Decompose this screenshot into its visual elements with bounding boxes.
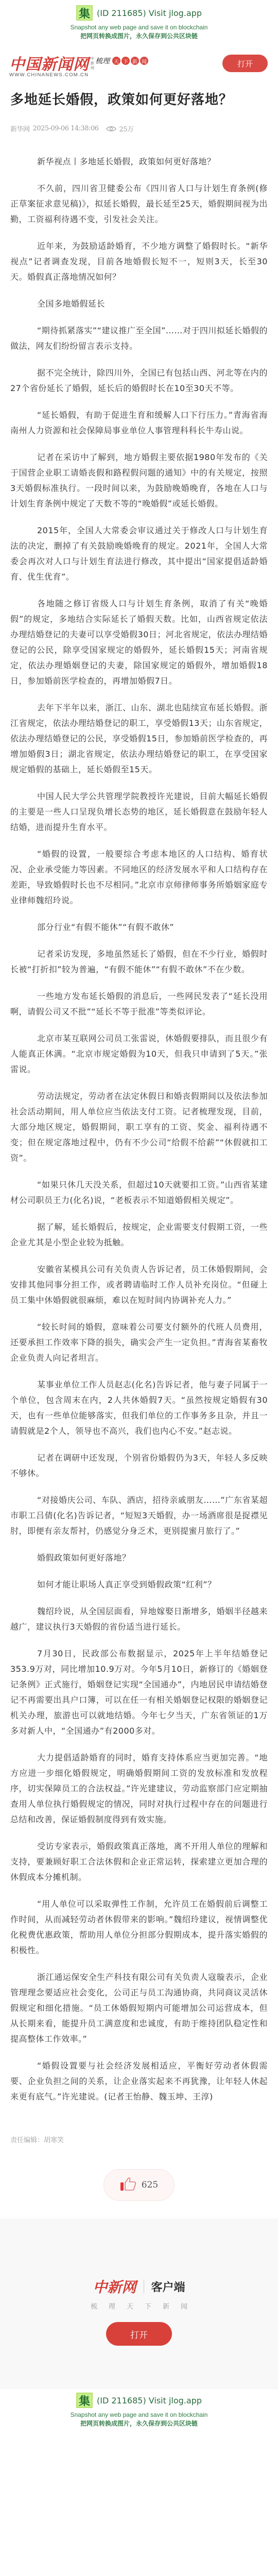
paragraph: 据了解，延长婚假后，按规定，企业需要支付假期工资，一些企业尤其是小型企业较为抵触… xyxy=(10,1219,268,1250)
paragraph: 劳动法规定，劳动者在法定休假日和婚丧假期间以及依法参加社会活动期间，用人单位应当… xyxy=(10,1089,268,1166)
article-body: 新华视点丨多地延长婚假，政策如何更好落地？ 不久前，四川省卫健委公布《四川省人口… xyxy=(0,133,278,2105)
paragraph: 大力提倡适龄婚育的同时，婚育支持体系应当更加完善。“地方应进一步细化婚假规定，明… xyxy=(10,1750,268,1827)
promo-client-label: 客户端 xyxy=(151,2279,185,2295)
app-promo-section: 中新网 客户端 梳 理 天 下 新 闻 打开 xyxy=(0,2218,278,2389)
paragraph: 受访专家表示，婚假政策真正落地，离不开用人单位的理解和支持，要兼顾好职工合法休假… xyxy=(10,1839,268,1885)
slogan-char: 天 xyxy=(127,2301,133,2311)
promo-divider xyxy=(144,2280,144,2293)
paragraph: “延长婚假，有助于促进生育和缓解人口下行压力。”青海省海南州人力资源和社会保障局… xyxy=(10,408,268,438)
paragraph: “婚假的设置，一般要综合考虑本地区的人口结构、婚育状况、企业承受能力等因素。不同… xyxy=(10,846,268,908)
open-app-button-top[interactable]: 打开 xyxy=(222,55,268,72)
eye-icon xyxy=(106,125,116,132)
slogan-dot: 天 xyxy=(112,57,120,65)
paragraph: 2015年，全国人大常委会审议通过关于修改人口与计划生育法的决定，删掉了有关鼓励… xyxy=(10,523,268,585)
jlog-line-cn: 把网页转换成图片，永久保存到公共区块链 xyxy=(0,31,278,40)
paragraph: 一些地方发布延长婚假的消息后，一些网民发表了“延长没用啊，请假公司又不批”“延长… xyxy=(10,989,268,1020)
chinanews-logo[interactable]: 中国新闻网 中新网 WWW.CHINANEWS.COM.CN xyxy=(9,52,89,74)
slogan-char: 新 xyxy=(163,2301,169,2311)
section-heading: 全国多地婚假延长 xyxy=(10,296,268,312)
paragraph: 安徽省某模具公司有关负责人告诉记者，员工休婚假期间，会安排其他同事分担工作，或者… xyxy=(10,1262,268,1308)
jlog-line-en: Snapshot any web page and save it on blo… xyxy=(0,24,278,31)
site-header: 中国新闻网 中新网 WWW.CHINANEWS.COM.CN 梳理 天 下 新 … xyxy=(0,48,278,84)
jlog-banner-bottom: 集 (ID 211685) Visit jlog.app Snapshot an… xyxy=(0,2389,278,2444)
like-button[interactable]: 625 xyxy=(103,2169,175,2201)
paragraph: 浙江通运保安全生产科技有限公司有关负责人寇璇表示，企业管理理念要适应社会变化，公… xyxy=(10,1970,268,2047)
article-title: 多地延长婚假，政策如何更好落地？ xyxy=(0,84,278,110)
paragraph: 魏绍玲说，从全国层面看，异地嫁娶日渐增多，婚姻半径越来越广，建议执行3天婚假的省… xyxy=(10,1604,268,1635)
paragraph: 记者在调研中还发现，个别省份婚假仍为3天，年轻人多反映不够休。 xyxy=(10,1450,268,1481)
paragraph: 近年来，为鼓励适龄婚育，不少地方调整了婚假时长。“新华视点”记者调查发现，目前各… xyxy=(10,239,268,285)
responsible-editor: 责任编辑：胡寒笑 xyxy=(0,2116,278,2144)
logo-url: WWW.CHINANEWS.COM.CN xyxy=(9,72,89,78)
like-count: 625 xyxy=(142,2180,158,2190)
section-heading: 婚假政策如何更好落地？ xyxy=(10,1550,268,1566)
slogan-char: 理 xyxy=(109,2301,115,2311)
slogan-char: 下 xyxy=(145,2301,151,2311)
paragraph: “婚假设置要与社会经济发展相适应，平衡好劳动者休假需要、企业负担之间的关系，让企… xyxy=(10,2058,268,2105)
paragraph: “如果只休几天没关系，但超过10天就要扣工资。”山西省某建材公司职员王力(化名)… xyxy=(10,1177,268,1208)
view-count: 25万 xyxy=(119,124,134,133)
paragraph: 据不完全统计，除四川外，全国已有包括山西、河北等在内的27个省份延长了婚假，延长… xyxy=(10,365,268,396)
jlog-id-text[interactable]: (ID 211685) Visit jlog.app xyxy=(97,2396,202,2405)
paragraph: 去年下半年以来，浙江、山东、湖北也陆续宣布延长婚假。浙江省规定，依法办理结婚登记… xyxy=(10,700,268,777)
paragraph: “期待抓紧落实”“建议推广至全国”……对于四川拟延长婚假的做法，网友们纷纷留言表… xyxy=(10,323,268,354)
logo-tag: 中新网 xyxy=(91,57,95,71)
jlog-icon: 集 xyxy=(76,5,93,21)
paragraph: 各地随之修订省级人口与计划生育条例，取消了有关“晚婚假”的规定，多地结合实际延长… xyxy=(10,596,268,689)
paragraph: 中国人民大学公共管理学院教授许光建说，目前大幅延长婚假的主要是一些人口呈现负增长… xyxy=(10,789,268,835)
slogan-char: 闻 xyxy=(181,2301,187,2311)
paragraph: “对接婚庆公司、车队、酒店，招待亲戚朋友……”广东省某超市职工吕倩(化名)告诉记… xyxy=(10,1493,268,1539)
paragraph: 记者采访发现，多地虽然延长了婚假，但在不少行业，婚假时长被“打折扣”较为普遍，“… xyxy=(10,946,268,977)
paragraph: 某事业单位工作人员赵志(化名)告诉记者，他与妻子同属于一个单位，包含周末在内，2… xyxy=(10,1377,268,1439)
paragraph: 记者在采访中了解到，地方婚假主要依据1980年发布的《关于国营企业职工请婚丧假和… xyxy=(10,450,268,512)
article-source: 新华网 xyxy=(10,124,30,133)
promo-logo-text: 中新网 xyxy=(93,2276,136,2297)
slogan-char: 梳 xyxy=(91,2301,97,2311)
jlog-icon: 集 xyxy=(76,2393,93,2408)
section-heading: 部分行业“有假不能休”“有假不敢休” xyxy=(10,920,268,935)
logo-text: 中国新闻网 xyxy=(9,56,89,74)
jlog-banner-top: 集 (ID 211685) Visit jlog.app Snapshot an… xyxy=(0,0,278,48)
jlog-id-text[interactable]: (ID 211685) Visit jlog.app xyxy=(97,8,202,18)
open-app-button-bottom[interactable]: 打开 xyxy=(106,2322,172,2346)
jlog-line-cn: 把网页转换成图片，永久保存到公共区块链 xyxy=(0,2419,278,2428)
like-section: 625 xyxy=(0,2144,278,2218)
article-datetime: 2025-09-06 14:38:06 xyxy=(33,125,99,132)
slogan-dot: 闻 xyxy=(140,57,148,65)
paragraph: 如何才能让职场人真正享受到婚假政策“红利”？ xyxy=(10,1577,268,1592)
jlog-line-en: Snapshot any web page and save it on blo… xyxy=(0,2411,278,2418)
slogan-dot: 下 xyxy=(121,57,130,65)
paragraph: 7月30日，民政部公布数据显示，2025年上半年结婚登记353.9万对，同比增加… xyxy=(10,1646,268,1739)
promo-slogan: 梳 理 天 下 新 闻 xyxy=(91,2301,187,2311)
paragraph: 新华视点丨多地延长婚假，政策如何更好落地？ xyxy=(10,154,268,170)
thumbs-up-icon xyxy=(120,2177,136,2193)
paragraph: 不久前，四川省卫健委公布《四川省人口与计划生育条例(修正草案征求意见稿)》，拟延… xyxy=(10,181,268,227)
paragraph: “用人单位可以采取弹性工作制，允许员工在婚假前后调整工作时间，从而减轻劳动者休假… xyxy=(10,1896,268,1958)
promo-logo: 中新网 客户端 xyxy=(93,2276,185,2297)
paragraph: “较长时间的婚假，意味着公司要支付额外的代班人员费用，还要承担工作效率下降的损失… xyxy=(10,1319,268,1366)
slogan-hand: 梳理 xyxy=(95,56,110,66)
header-slogan: 梳理 天 下 新 闻 xyxy=(95,56,148,66)
paragraph: 北京市某互联网公司员工张雷说，休婚假要排队，而且很少有人能真正休满。“北京市规定… xyxy=(10,1031,268,1077)
slogan-dot: 新 xyxy=(131,57,139,65)
article-meta: 新华网 2025-09-06 14:38:06 25万 xyxy=(0,110,278,133)
